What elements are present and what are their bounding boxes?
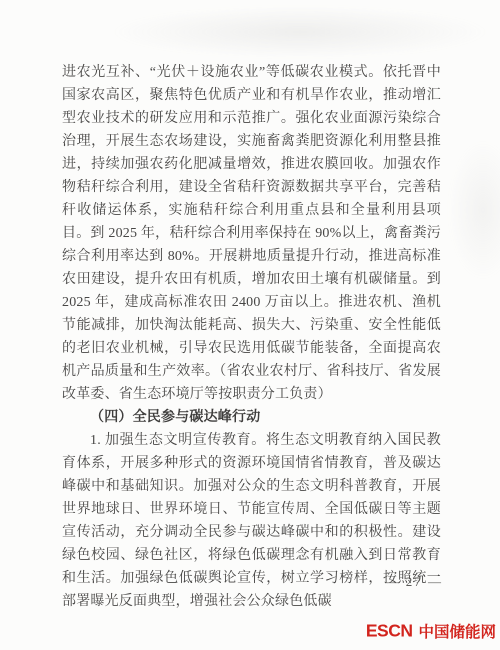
escn-logo-latin-text: ESCN: [366, 621, 413, 641]
watermark-logo: ESCN 中国储能网: [366, 620, 496, 642]
section-heading-public-participation: （四）全民参与碳达峰行动: [62, 406, 441, 429]
scan-artifact-top: [110, 6, 490, 58]
paragraph-low-carbon-agriculture: 进农光互补、“光伏＋设施农业”等低碳农业模式。依托晋中国家农高区，聚焦特色优质产…: [62, 61, 441, 406]
paragraph-eco-civilization-education: 1. 加强生态文明宣传教育。将生态文明教育纳入国民教育体系，开展多种形式的资源环…: [62, 429, 441, 613]
document-body: 进农光互补、“光伏＋设施农业”等低碳农业模式。依托晋中国家农高区，聚焦特色优质产…: [62, 61, 441, 613]
escn-logo-cjk-text: 中国储能网: [418, 624, 496, 641]
scan-artifact-right: [448, 140, 500, 280]
document-page: 进农光互补、“光伏＋设施农业”等低碳农业模式。依托晋中国家农高区，聚焦特色优质产…: [0, 0, 500, 650]
page-number: — 27 —: [386, 574, 444, 590]
